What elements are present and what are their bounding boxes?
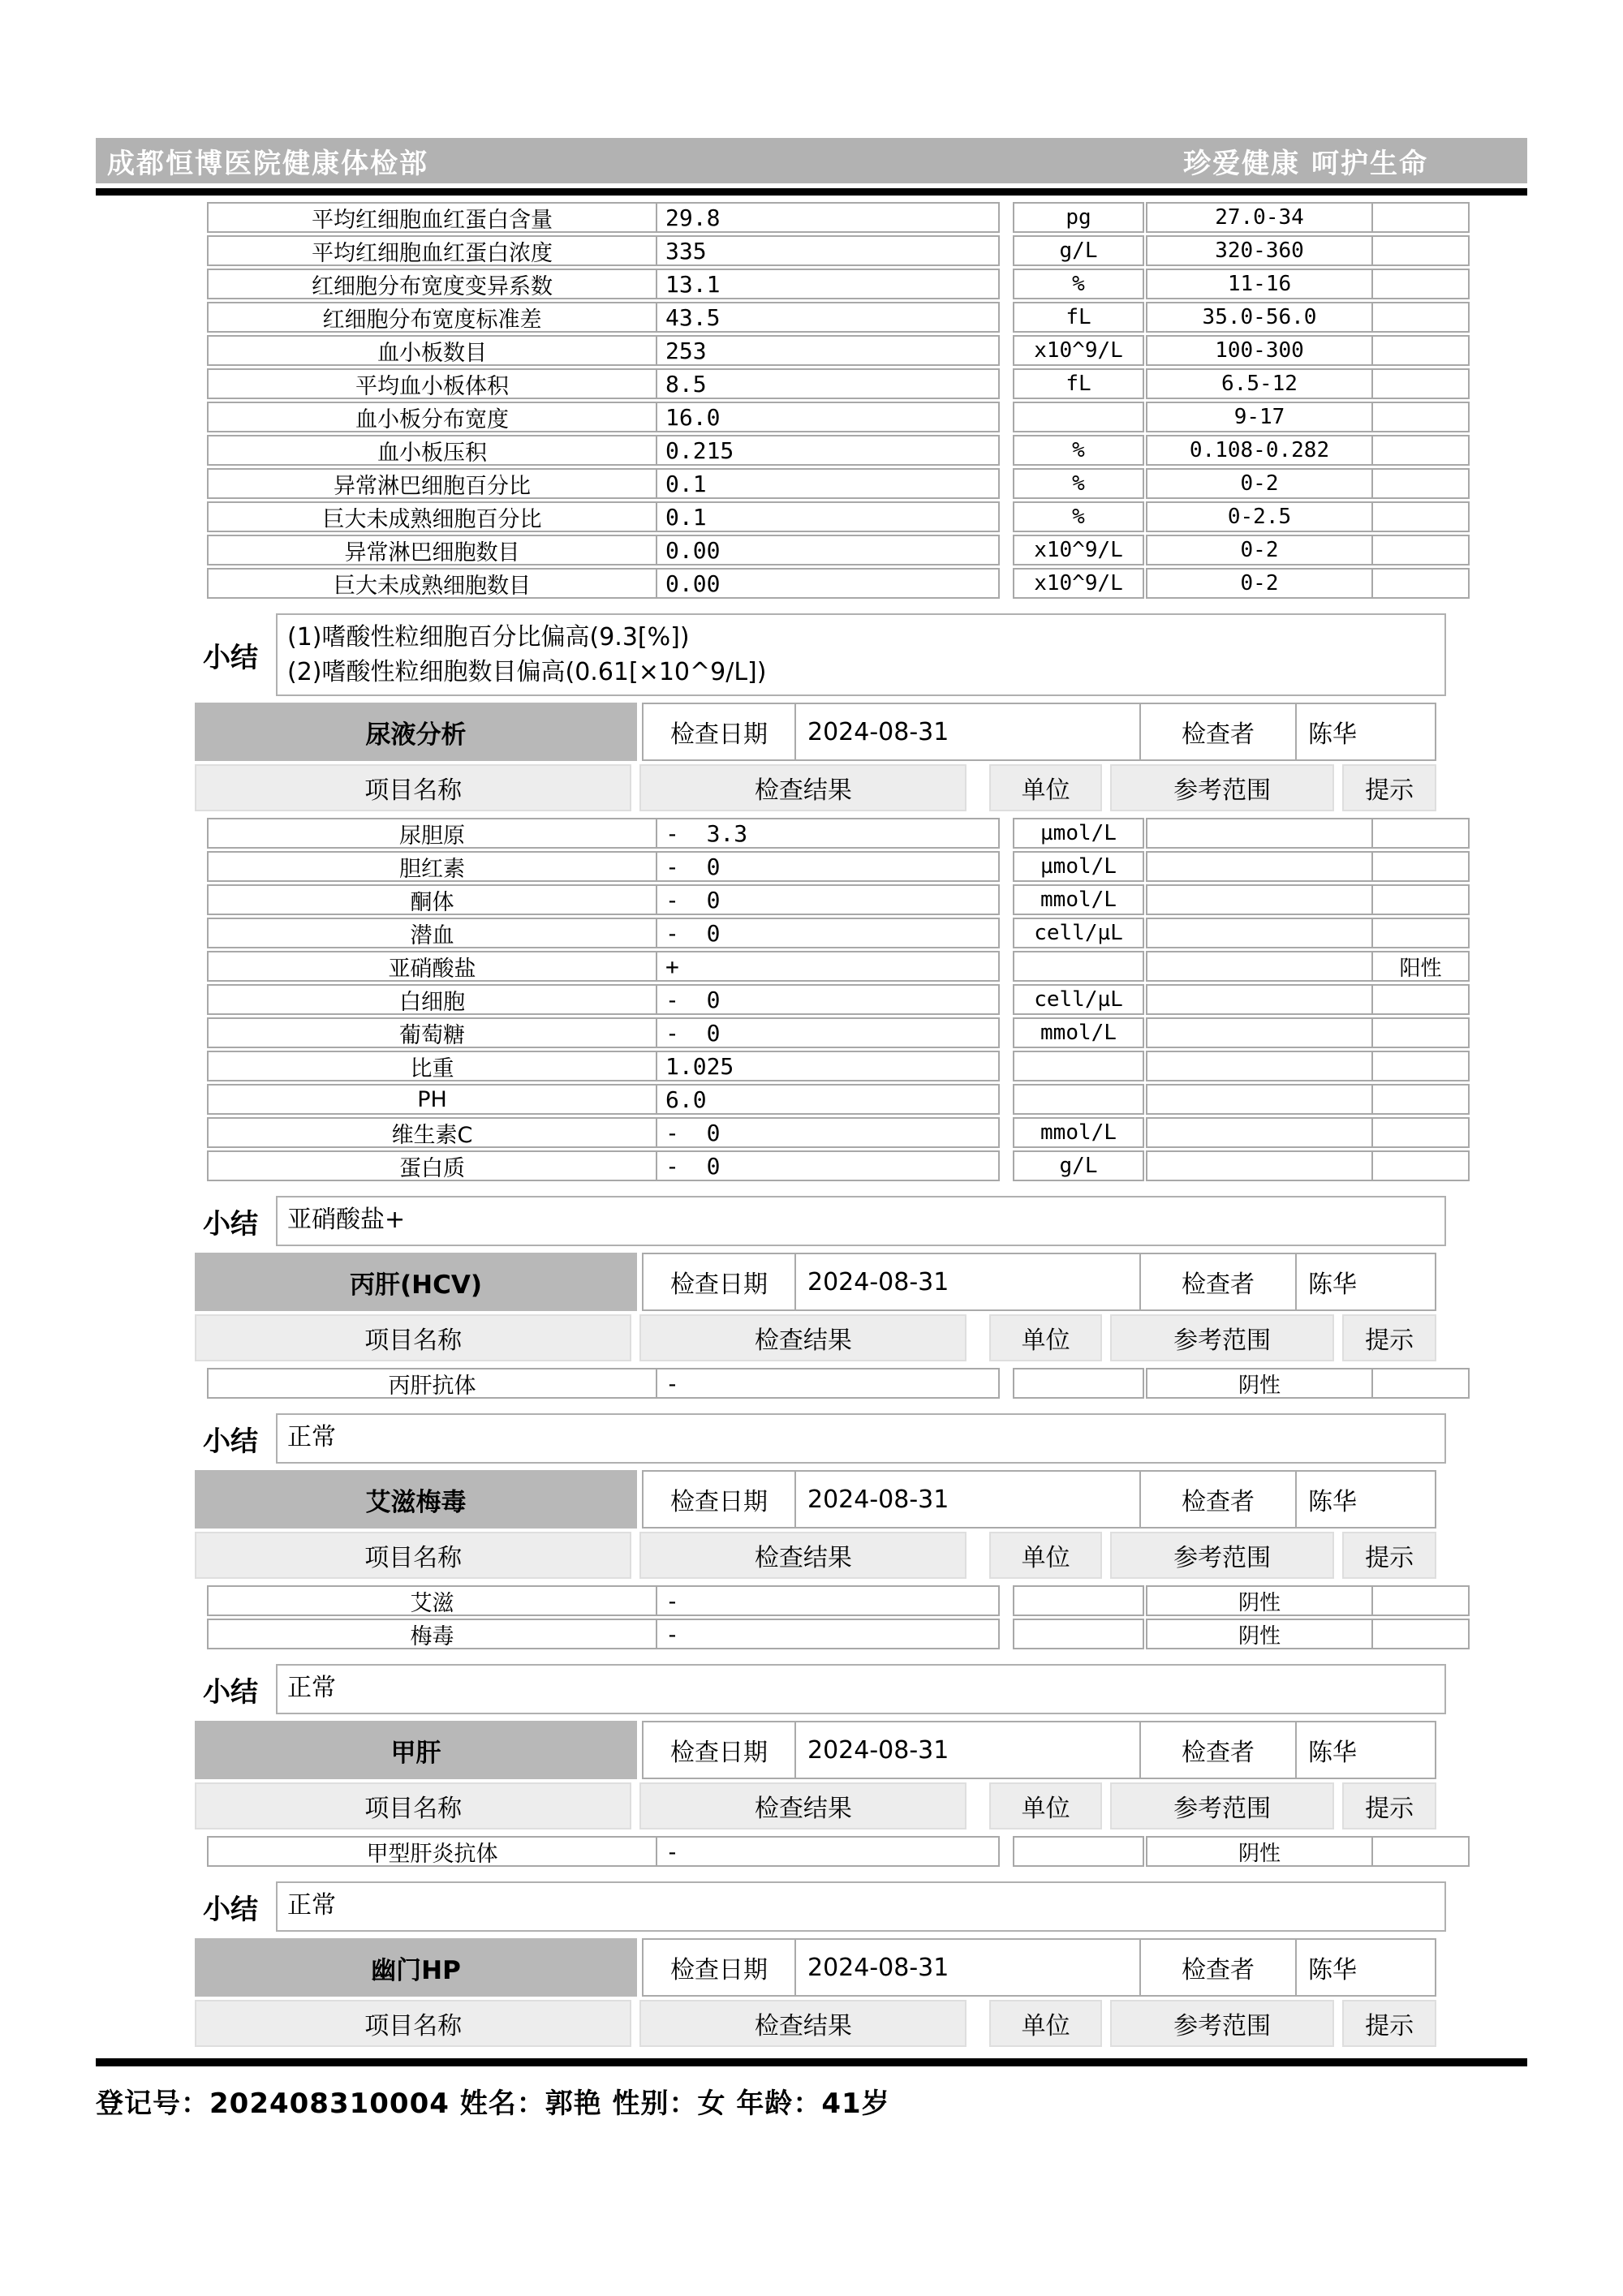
report-page: 成都恒博医院健康体检部 珍爱健康 呵护生命 平均红细胞血红蛋白含量 29.8 p… bbox=[0, 0, 1623, 2296]
item-name: 尿胆原 bbox=[209, 819, 657, 847]
rows-hcv: 丙肝抗体 - 阴性 bbox=[195, 1368, 1493, 1399]
exam-date-label: 检查日期 bbox=[644, 1722, 796, 1778]
column-header-row: 项目名称 检查结果 单位 参考范围 提示 bbox=[195, 1782, 1436, 1829]
table-row: 甲型肝炎抗体 - 阴性 bbox=[207, 1836, 1493, 1867]
table-row: 异常淋巴细胞数目 0.00 x10^9/L 0-2 bbox=[207, 535, 1493, 565]
column-header-row: 项目名称 检查结果 单位 参考范围 提示 bbox=[195, 1314, 1436, 1361]
footer-patient-info: 登记号：202408310004 姓名：郭艳 性别：女 年龄：41岁 bbox=[96, 2081, 1527, 2121]
table-row: 血小板数目 253 x10^9/L 100-300 bbox=[207, 335, 1493, 366]
column-header-unit: 单位 bbox=[989, 1314, 1101, 1361]
item-hint bbox=[1373, 303, 1468, 331]
table-row: 维生素C - 0 mmol/L bbox=[207, 1117, 1493, 1148]
item-hint bbox=[1373, 237, 1468, 264]
item-range bbox=[1147, 1052, 1373, 1080]
item-result: - 0 bbox=[657, 1152, 998, 1180]
item-unit: mmol/L bbox=[1014, 886, 1143, 914]
summary-line: 亚硝酸盐+ bbox=[287, 1202, 1435, 1237]
item-name: 比重 bbox=[209, 1052, 657, 1080]
item-name: PH bbox=[209, 1086, 657, 1113]
column-header-range: 参考范围 bbox=[1110, 2000, 1335, 2047]
section-header-urinalysis: 尿液分析 检查日期 2024-08-31 检查者 陈华 bbox=[195, 703, 1436, 761]
column-header-range: 参考范围 bbox=[1110, 1782, 1335, 1829]
item-name: 血小板分布宽度 bbox=[209, 403, 657, 431]
table-row: 巨大未成熟细胞数目 0.00 x10^9/L 0-2 bbox=[207, 568, 1493, 599]
item-unit: % bbox=[1014, 270, 1143, 298]
summary-line: 正常 bbox=[287, 1420, 1435, 1455]
item-name: 红细胞分布宽度变异系数 bbox=[209, 270, 657, 298]
item-name: 梅毒 bbox=[209, 1620, 657, 1648]
item-name: 维生素C bbox=[209, 1119, 657, 1146]
column-header-row: 项目名称 检查结果 单位 参考范围 提示 bbox=[195, 2000, 1436, 2047]
item-result: - 0 bbox=[657, 886, 998, 914]
section-meta: 检查日期 2024-08-31 检查者 陈华 bbox=[642, 1253, 1436, 1311]
summary-text: 正常 bbox=[276, 1413, 1446, 1464]
column-header-name: 项目名称 bbox=[195, 764, 631, 811]
item-hint bbox=[1373, 1587, 1468, 1615]
column-header-name: 项目名称 bbox=[195, 1782, 631, 1829]
item-range bbox=[1147, 952, 1373, 980]
table-row: 白细胞 - 0 cell/µL bbox=[207, 984, 1493, 1015]
item-unit: % bbox=[1014, 503, 1143, 531]
column-header-row: 项目名称 检查结果 单位 参考范围 提示 bbox=[195, 764, 1436, 811]
item-result: - 0 bbox=[657, 1119, 998, 1146]
summary-text: 正常 bbox=[276, 1664, 1446, 1714]
column-header-unit: 单位 bbox=[989, 1532, 1101, 1579]
item-result: - bbox=[657, 1838, 998, 1865]
item-range bbox=[1147, 886, 1373, 914]
item-range bbox=[1147, 1152, 1373, 1180]
summary-line: (2)嗜酸性粒细胞数目偏高(0.61[×10^9/L]) bbox=[287, 655, 1435, 690]
item-unit: fL bbox=[1014, 370, 1143, 398]
item-result: + bbox=[657, 952, 998, 980]
table-row: 丙肝抗体 - 阴性 bbox=[207, 1368, 1493, 1399]
examiner-value: 陈华 bbox=[1297, 704, 1435, 759]
item-range: 9-17 bbox=[1147, 403, 1373, 431]
table-row: 平均血小板体积 8.5 fL 6.5-12 bbox=[207, 368, 1493, 399]
item-hint bbox=[1373, 536, 1468, 564]
column-header-range: 参考范围 bbox=[1110, 1314, 1335, 1361]
table-row: 比重 1.025 bbox=[207, 1051, 1493, 1081]
item-name: 异常淋巴细胞百分比 bbox=[209, 470, 657, 497]
item-range bbox=[1147, 819, 1373, 847]
item-unit: µmol/L bbox=[1014, 853, 1143, 880]
item-result: 6.0 bbox=[657, 1086, 998, 1113]
item-range: 阴性 bbox=[1147, 1369, 1373, 1397]
summary-label: 小结 bbox=[195, 635, 276, 675]
exam-date-value: 2024-08-31 bbox=[796, 1722, 1141, 1778]
table-row: 红细胞分布宽度标准差 43.5 fL 35.0-56.0 bbox=[207, 302, 1493, 333]
summary-line: 正常 bbox=[287, 1888, 1435, 1923]
section-meta: 检查日期 2024-08-31 检查者 陈华 bbox=[642, 703, 1436, 761]
item-range bbox=[1147, 1019, 1373, 1047]
column-header-name: 项目名称 bbox=[195, 1532, 631, 1579]
rows-aids-syphilis: 艾滋 - 阴性 梅毒 - 阴性 bbox=[195, 1585, 1493, 1649]
item-hint bbox=[1373, 204, 1468, 231]
item-name: 酮体 bbox=[209, 886, 657, 914]
examiner-value: 陈华 bbox=[1297, 1722, 1435, 1778]
rows-blood-count: 平均红细胞血红蛋白含量 29.8 pg 27.0-34 平均红细胞血红蛋白浓度 … bbox=[195, 202, 1493, 599]
item-result: - 0 bbox=[657, 986, 998, 1013]
item-hint bbox=[1373, 1152, 1468, 1180]
summary-label: 小结 bbox=[195, 1419, 276, 1459]
item-name: 血小板压积 bbox=[209, 436, 657, 464]
item-range: 0-2 bbox=[1147, 470, 1373, 497]
item-range: 100-300 bbox=[1147, 337, 1373, 364]
item-unit bbox=[1014, 1620, 1143, 1648]
item-result: 335 bbox=[657, 237, 998, 264]
hospital-title: 成都恒博医院健康体检部 bbox=[107, 141, 428, 181]
item-range: 0-2 bbox=[1147, 570, 1373, 597]
exam-date-value: 2024-08-31 bbox=[796, 704, 1141, 759]
item-hint bbox=[1373, 1019, 1468, 1047]
section-meta: 检查日期 2024-08-31 检查者 陈华 bbox=[642, 1470, 1436, 1529]
column-header-row: 项目名称 检查结果 单位 参考范围 提示 bbox=[195, 1532, 1436, 1579]
item-range: 0.108-0.282 bbox=[1147, 436, 1373, 464]
item-range bbox=[1147, 986, 1373, 1013]
item-name: 胆红素 bbox=[209, 853, 657, 880]
item-range: 阴性 bbox=[1147, 1587, 1373, 1615]
item-name: 平均红细胞血红蛋白含量 bbox=[209, 204, 657, 231]
exam-date-label: 检查日期 bbox=[644, 1472, 796, 1527]
examiner-label: 检查者 bbox=[1141, 1940, 1297, 1995]
item-result: - 0 bbox=[657, 919, 998, 947]
table-row: 葡萄糖 - 0 mmol/L bbox=[207, 1017, 1493, 1048]
item-unit: % bbox=[1014, 470, 1143, 497]
column-header-unit: 单位 bbox=[989, 2000, 1101, 2047]
column-header-unit: 单位 bbox=[989, 764, 1101, 811]
item-unit: cell/µL bbox=[1014, 986, 1143, 1013]
item-result: 0.1 bbox=[657, 503, 998, 531]
item-unit: g/L bbox=[1014, 237, 1143, 264]
section-header-aids-syphilis: 艾滋梅毒 检查日期 2024-08-31 检查者 陈华 bbox=[195, 1470, 1436, 1529]
item-hint bbox=[1373, 403, 1468, 431]
table-row: 血小板压积 0.215 % 0.108-0.282 bbox=[207, 435, 1493, 466]
examiner-label: 检查者 bbox=[1141, 1472, 1297, 1527]
section-title: 艾滋梅毒 bbox=[195, 1470, 637, 1529]
item-unit bbox=[1014, 1086, 1143, 1113]
item-unit: mmol/L bbox=[1014, 1019, 1143, 1047]
item-result: 16.0 bbox=[657, 403, 998, 431]
examiner-label: 检查者 bbox=[1141, 1722, 1297, 1778]
item-range: 320-360 bbox=[1147, 237, 1373, 264]
exam-date-value: 2024-08-31 bbox=[796, 1254, 1141, 1309]
item-result: 29.8 bbox=[657, 204, 998, 231]
item-hint bbox=[1373, 436, 1468, 464]
summary-block: 小结 (1)嗜酸性粒细胞百分比偏高(9.3[%])(2)嗜酸性粒细胞数目偏高(0… bbox=[195, 613, 1493, 696]
item-hint bbox=[1373, 370, 1468, 398]
examiner-value: 陈华 bbox=[1297, 1472, 1435, 1527]
exam-date-label: 检查日期 bbox=[644, 1254, 796, 1309]
examiner-value: 陈华 bbox=[1297, 1940, 1435, 1995]
summary-text: 亚硝酸盐+ bbox=[276, 1196, 1446, 1246]
page-header-bar: 成都恒博医院健康体检部 珍爱健康 呵护生命 bbox=[96, 138, 1527, 183]
report-body: 平均红细胞血红蛋白含量 29.8 pg 27.0-34 平均红细胞血红蛋白浓度 … bbox=[195, 202, 1493, 2047]
table-row: 异常淋巴细胞百分比 0.1 % 0-2 bbox=[207, 468, 1493, 499]
item-range: 27.0-34 bbox=[1147, 204, 1373, 231]
footer-rule bbox=[96, 2058, 1527, 2066]
section-header-hcv: 丙肝(HCV) 检查日期 2024-08-31 检查者 陈华 bbox=[195, 1253, 1436, 1311]
summary-text: 正常 bbox=[276, 1881, 1446, 1932]
item-unit bbox=[1014, 1052, 1143, 1080]
item-unit: % bbox=[1014, 436, 1143, 464]
table-row: 蛋白质 - 0 g/L bbox=[207, 1150, 1493, 1181]
item-name: 平均血小板体积 bbox=[209, 370, 657, 398]
item-hint bbox=[1373, 819, 1468, 847]
item-result: 13.1 bbox=[657, 270, 998, 298]
table-row: 胆红素 - 0 µmol/L bbox=[207, 851, 1493, 882]
item-hint bbox=[1373, 1369, 1468, 1397]
item-hint bbox=[1373, 1620, 1468, 1648]
table-row: 平均红细胞血红蛋白浓度 335 g/L 320-360 bbox=[207, 235, 1493, 266]
header-slogan: 珍爱健康 呵护生命 bbox=[1183, 141, 1428, 181]
item-result: 0.00 bbox=[657, 570, 998, 597]
item-result: - 0 bbox=[657, 1019, 998, 1047]
item-name: 巨大未成熟细胞数目 bbox=[209, 570, 657, 597]
table-row: 酮体 - 0 mmol/L bbox=[207, 884, 1493, 915]
item-name: 甲型肝炎抗体 bbox=[209, 1838, 657, 1865]
exam-date-value: 2024-08-31 bbox=[796, 1472, 1141, 1527]
table-row: 潜血 - 0 cell/µL bbox=[207, 918, 1493, 948]
column-header-hint: 提示 bbox=[1342, 1782, 1436, 1829]
item-hint bbox=[1373, 1119, 1468, 1146]
section-header-hav: 甲肝 检查日期 2024-08-31 检查者 陈华 bbox=[195, 1721, 1436, 1779]
section-title: 甲肝 bbox=[195, 1721, 637, 1779]
item-result: - bbox=[657, 1620, 998, 1648]
item-name: 白细胞 bbox=[209, 986, 657, 1013]
item-result: 253 bbox=[657, 337, 998, 364]
column-header-hint: 提示 bbox=[1342, 1314, 1436, 1361]
item-unit bbox=[1014, 1369, 1143, 1397]
table-row: 艾滋 - 阴性 bbox=[207, 1585, 1493, 1616]
section-header-hp: 幽门HP 检查日期 2024-08-31 检查者 陈华 bbox=[195, 1938, 1436, 1997]
item-result: 43.5 bbox=[657, 303, 998, 331]
item-range: 阴性 bbox=[1147, 1620, 1373, 1648]
rows-urinalysis: 尿胆原 - 3.3 µmol/L 胆红素 - 0 µmol/L 酮体 - 0 m… bbox=[195, 818, 1493, 1181]
item-hint bbox=[1373, 470, 1468, 497]
exam-date-label: 检查日期 bbox=[644, 1940, 796, 1995]
item-name: 艾滋 bbox=[209, 1587, 657, 1615]
column-header-name: 项目名称 bbox=[195, 1314, 631, 1361]
item-hint bbox=[1373, 1838, 1468, 1865]
item-unit bbox=[1014, 1838, 1143, 1865]
item-result: - bbox=[657, 1587, 998, 1615]
item-unit: x10^9/L bbox=[1014, 570, 1143, 597]
table-row: 平均红细胞血红蛋白含量 29.8 pg 27.0-34 bbox=[207, 202, 1493, 233]
item-hint bbox=[1373, 1052, 1468, 1080]
examiner-label: 检查者 bbox=[1141, 704, 1297, 759]
summary-label: 小结 bbox=[195, 1670, 276, 1709]
item-range bbox=[1147, 919, 1373, 947]
item-result: - 3.3 bbox=[657, 819, 998, 847]
item-result: - 0 bbox=[657, 853, 998, 880]
column-header-range: 参考范围 bbox=[1110, 764, 1335, 811]
item-result: 8.5 bbox=[657, 370, 998, 398]
item-unit: g/L bbox=[1014, 1152, 1143, 1180]
item-hint bbox=[1373, 986, 1468, 1013]
summary-block: 小结 正常 bbox=[195, 1881, 1493, 1932]
item-result: 0.215 bbox=[657, 436, 998, 464]
header-rule bbox=[96, 188, 1527, 196]
column-header-result: 检查结果 bbox=[639, 764, 966, 811]
column-header-result: 检查结果 bbox=[639, 2000, 966, 2047]
item-hint bbox=[1373, 919, 1468, 947]
item-name: 异常淋巴细胞数目 bbox=[209, 536, 657, 564]
section-title: 幽门HP bbox=[195, 1938, 637, 1997]
item-unit bbox=[1014, 403, 1143, 431]
item-hint bbox=[1373, 503, 1468, 531]
item-name: 葡萄糖 bbox=[209, 1019, 657, 1047]
summary-block: 小结 正常 bbox=[195, 1664, 1493, 1714]
summary-label: 小结 bbox=[195, 1202, 276, 1241]
table-row: 尿胆原 - 3.3 µmol/L bbox=[207, 818, 1493, 849]
item-range: 0-2 bbox=[1147, 536, 1373, 564]
item-result: 0.1 bbox=[657, 470, 998, 497]
summary-text: (1)嗜酸性粒细胞百分比偏高(9.3[%])(2)嗜酸性粒细胞数目偏高(0.61… bbox=[276, 613, 1446, 696]
table-row: PH 6.0 bbox=[207, 1084, 1493, 1115]
item-unit: pg bbox=[1014, 204, 1143, 231]
column-header-hint: 提示 bbox=[1342, 1532, 1436, 1579]
item-name: 血小板数目 bbox=[209, 337, 657, 364]
item-name: 丙肝抗体 bbox=[209, 1369, 657, 1397]
item-hint: 阳性 bbox=[1373, 952, 1468, 980]
examiner-value: 陈华 bbox=[1297, 1254, 1435, 1309]
summary-line: 正常 bbox=[287, 1670, 1435, 1705]
column-header-unit: 单位 bbox=[989, 1782, 1101, 1829]
exam-date-value: 2024-08-31 bbox=[796, 1940, 1141, 1995]
item-name: 潜血 bbox=[209, 919, 657, 947]
item-hint bbox=[1373, 886, 1468, 914]
item-range bbox=[1147, 1119, 1373, 1146]
item-unit: x10^9/L bbox=[1014, 536, 1143, 564]
column-header-result: 检查结果 bbox=[639, 1782, 966, 1829]
item-range bbox=[1147, 1086, 1373, 1113]
item-range: 35.0-56.0 bbox=[1147, 303, 1373, 331]
item-name: 巨大未成熟细胞百分比 bbox=[209, 503, 657, 531]
item-range: 阴性 bbox=[1147, 1838, 1373, 1865]
item-unit bbox=[1014, 1587, 1143, 1615]
item-range: 0-2.5 bbox=[1147, 503, 1373, 531]
item-range bbox=[1147, 853, 1373, 880]
item-hint bbox=[1373, 270, 1468, 298]
column-header-hint: 提示 bbox=[1342, 764, 1436, 811]
summary-line: (1)嗜酸性粒细胞百分比偏高(9.3[%]) bbox=[287, 620, 1435, 655]
item-hint bbox=[1373, 570, 1468, 597]
item-unit: x10^9/L bbox=[1014, 337, 1143, 364]
item-name: 红细胞分布宽度标准差 bbox=[209, 303, 657, 331]
item-unit: fL bbox=[1014, 303, 1143, 331]
table-row: 血小板分布宽度 16.0 9-17 bbox=[207, 402, 1493, 432]
item-hint bbox=[1373, 337, 1468, 364]
item-range: 11-16 bbox=[1147, 270, 1373, 298]
item-hint bbox=[1373, 853, 1468, 880]
examiner-label: 检查者 bbox=[1141, 1254, 1297, 1309]
item-unit: cell/µL bbox=[1014, 919, 1143, 947]
table-row: 亚硝酸盐 + 阳性 bbox=[207, 951, 1493, 982]
column-header-name: 项目名称 bbox=[195, 2000, 631, 2047]
exam-date-label: 检查日期 bbox=[644, 704, 796, 759]
section-meta: 检查日期 2024-08-31 检查者 陈华 bbox=[642, 1721, 1436, 1779]
item-name: 平均红细胞血红蛋白浓度 bbox=[209, 237, 657, 264]
summary-label: 小结 bbox=[195, 1887, 276, 1927]
item-name: 蛋白质 bbox=[209, 1152, 657, 1180]
table-row: 巨大未成熟细胞百分比 0.1 % 0-2.5 bbox=[207, 501, 1493, 532]
item-result: 1.025 bbox=[657, 1052, 998, 1080]
item-unit bbox=[1014, 952, 1143, 980]
item-range: 6.5-12 bbox=[1147, 370, 1373, 398]
section-title: 尿液分析 bbox=[195, 703, 637, 761]
summary-block: 小结 亚硝酸盐+ bbox=[195, 1196, 1493, 1246]
item-hint bbox=[1373, 1086, 1468, 1113]
item-result: - bbox=[657, 1369, 998, 1397]
column-header-result: 检查结果 bbox=[639, 1532, 966, 1579]
item-unit: µmol/L bbox=[1014, 819, 1143, 847]
item-unit: mmol/L bbox=[1014, 1119, 1143, 1146]
item-result: 0.00 bbox=[657, 536, 998, 564]
column-header-result: 检查结果 bbox=[639, 1314, 966, 1361]
column-header-hint: 提示 bbox=[1342, 2000, 1436, 2047]
item-name: 亚硝酸盐 bbox=[209, 952, 657, 980]
table-row: 梅毒 - 阴性 bbox=[207, 1619, 1493, 1649]
column-header-range: 参考范围 bbox=[1110, 1532, 1335, 1579]
summary-block: 小结 正常 bbox=[195, 1413, 1493, 1464]
section-title: 丙肝(HCV) bbox=[195, 1253, 637, 1311]
rows-hav: 甲型肝炎抗体 - 阴性 bbox=[195, 1836, 1493, 1867]
section-meta: 检查日期 2024-08-31 检查者 陈华 bbox=[642, 1938, 1436, 1997]
table-row: 红细胞分布宽度变异系数 13.1 % 11-16 bbox=[207, 269, 1493, 299]
